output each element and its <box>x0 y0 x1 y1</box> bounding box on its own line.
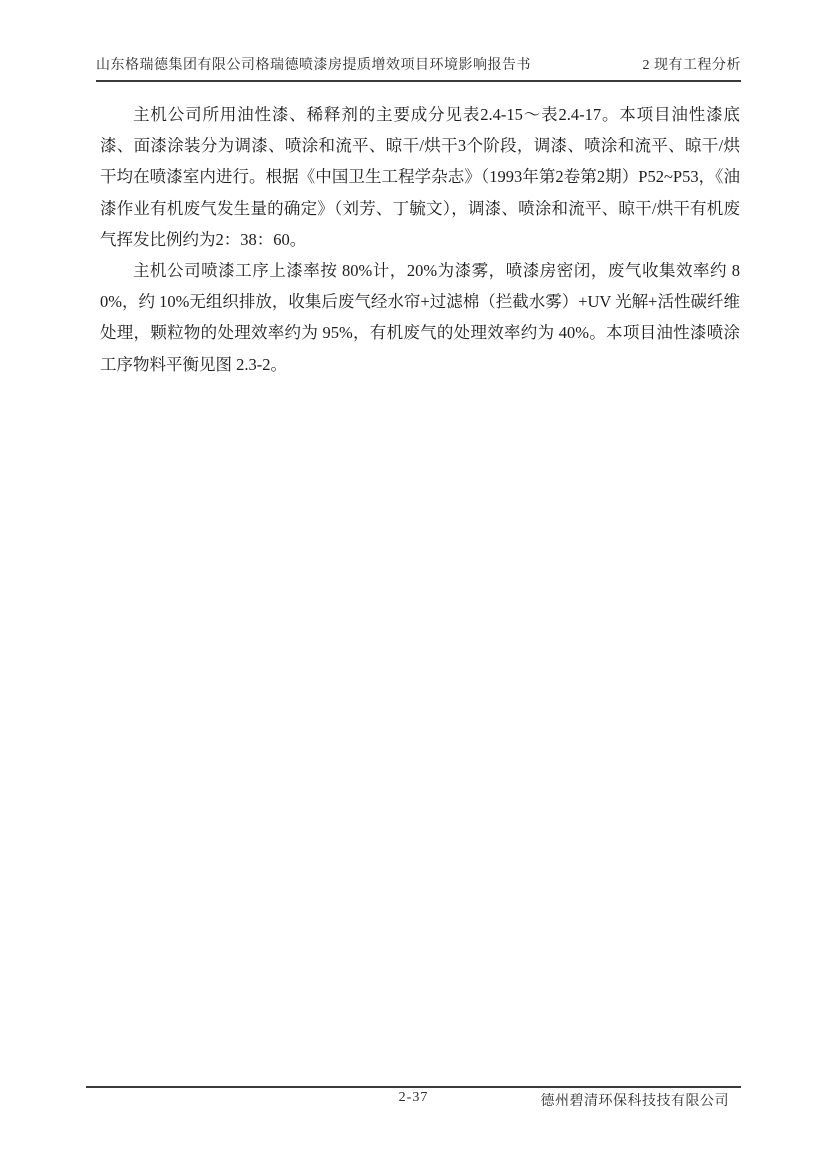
paragraph-spray-process: 主机公司喷漆工序上漆率按 80%计，20%为漆雾，喷漆房密闭，废气收集效率约 8… <box>100 255 740 380</box>
page-header: 山东格瑞德集团有限公司格瑞德喷漆房提质增效项目环境影响报告书 2 现有工程分析 <box>96 54 741 82</box>
paragraph-paint-composition: 主机公司所用油性漆、稀释剂的主要成分见表2.4-15～表2.4-17。本项目油性… <box>100 99 740 255</box>
header-chapter-label: 2 现有工程分析 <box>643 54 742 74</box>
document-page: 山东格瑞德集团有限公司格瑞德喷漆房提质增效项目环境影响报告书 2 现有工程分析 … <box>0 0 827 1169</box>
header-document-title: 山东格瑞德集团有限公司格瑞德喷漆房提质增效项目环境影响报告书 <box>96 54 531 74</box>
page-footer: 2-37 德州碧清环保科技技有限公司 <box>86 1086 741 1110</box>
document-body: 主机公司所用油性漆、稀释剂的主要成分见表2.4-15～表2.4-17。本项目油性… <box>100 99 740 380</box>
footer-company-name: 德州碧清环保科技技有限公司 <box>541 1090 730 1110</box>
